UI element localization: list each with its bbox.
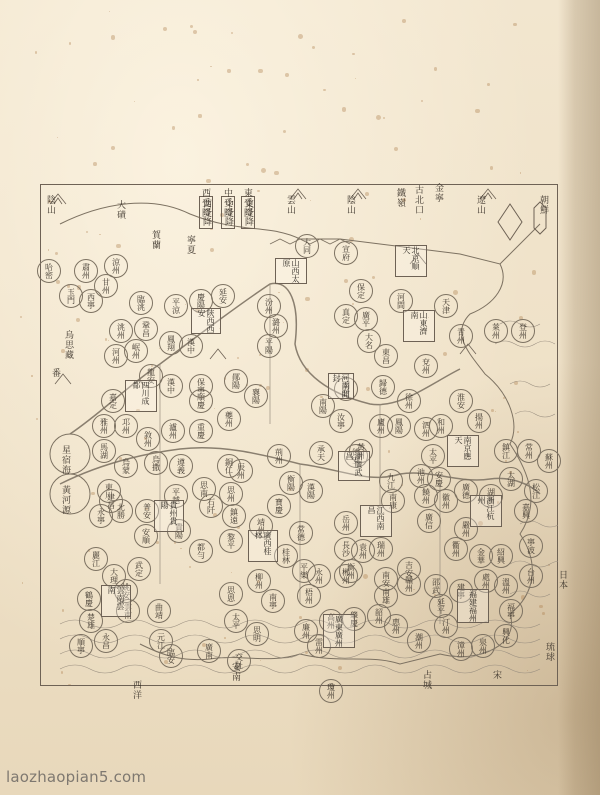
capital-label: 江西南昌 xyxy=(367,506,385,536)
coastal-label: 安南 xyxy=(230,662,240,682)
region-label: 重慶 xyxy=(197,423,206,439)
foxing-spot xyxy=(206,179,211,184)
region-label: 登州 xyxy=(519,323,528,339)
region-label: 肅州 xyxy=(82,263,91,279)
region-circle: 烏蒙 xyxy=(114,454,138,478)
region-label: 永寧 xyxy=(97,508,106,524)
region-circle: 順寧 xyxy=(69,634,93,658)
region-label: 衡陽 xyxy=(287,475,296,491)
coastal-label: 占城 xyxy=(421,670,431,690)
region-label: 曲靖 xyxy=(155,603,164,619)
region-label: 平樂 xyxy=(300,563,309,579)
region-label: 柳州 xyxy=(255,573,264,589)
region-circle: 思明 xyxy=(245,622,269,646)
region-circle: 青州 xyxy=(449,324,473,348)
coastal-label: 琉球 xyxy=(544,642,554,662)
region-label: 臨洮 xyxy=(137,295,146,311)
foxing-spot xyxy=(35,51,37,53)
region-circle: 揚州 xyxy=(467,409,491,433)
foxing-spot xyxy=(227,69,230,72)
region-label: 北勝 xyxy=(117,503,126,519)
region-circle: 鞏昌 xyxy=(134,317,158,341)
region-label: 平陽 xyxy=(265,338,274,354)
region-circle: 都勻 xyxy=(189,539,213,563)
region-label: 衢州 xyxy=(452,541,461,557)
region-label: 哈密 xyxy=(45,263,54,279)
foxing-spot xyxy=(421,100,423,102)
region-label: 安慶 xyxy=(435,471,444,487)
region-label: 瀘州 xyxy=(169,423,178,439)
region-circle: 延安 xyxy=(211,284,235,308)
capital-label: 浙江杭州 xyxy=(477,496,495,526)
region-label: 徽州 xyxy=(442,493,451,509)
foxing-spot xyxy=(475,109,479,113)
region-circle: 鎮遠 xyxy=(222,504,246,528)
region-circle: 汀州 xyxy=(434,614,458,638)
region-circle: 漳州 xyxy=(449,637,473,661)
region-circle: 敘州 xyxy=(136,427,160,451)
region-label: 太湖 xyxy=(507,471,516,487)
region-circle: 寧波 xyxy=(519,534,543,558)
region-circle: 廣平 xyxy=(354,307,378,331)
region-label: 玉門 xyxy=(67,288,76,304)
region-circle: 泉州 xyxy=(471,634,495,658)
region-label: 台州 xyxy=(527,568,536,584)
foxing-spot xyxy=(376,115,381,120)
region-label: 鶴慶 xyxy=(85,591,94,607)
region-label: 潞州 xyxy=(272,318,281,334)
foxing-spot xyxy=(274,171,279,176)
provincial-capital-box: 山東濟南 xyxy=(403,310,435,342)
coastal-label: 宋 xyxy=(491,670,501,680)
capital-label: 廣東廣州 xyxy=(335,615,344,647)
region-circle: 嘉定 xyxy=(101,389,125,413)
region-circle: 徐州 xyxy=(397,389,421,413)
region-label: 烏蒙 xyxy=(122,458,131,474)
watermark-text: laozhaopian5.com xyxy=(6,768,146,786)
region-circle: 漢中 xyxy=(179,334,203,358)
provincial-capital-box: 山西太原 xyxy=(275,258,307,284)
region-label: 潮州 xyxy=(415,633,424,649)
region-circle: 肅州 xyxy=(74,259,98,283)
region-label: 承天 xyxy=(317,445,326,461)
region-label: 襄陽 xyxy=(252,388,261,404)
region-label: 武定 xyxy=(135,561,144,577)
foxing-spot xyxy=(298,34,303,39)
region-circle: 郴州 xyxy=(334,564,358,588)
region-label: 漢陽 xyxy=(307,483,316,499)
region-circle: 大同 xyxy=(295,234,319,258)
region-label: 保定 xyxy=(357,283,366,299)
region-label: 袁州 xyxy=(359,543,368,559)
region-circle: 興化 xyxy=(494,624,518,648)
region-circle: 保寧 xyxy=(189,374,213,398)
region-label: 萊州 xyxy=(492,323,501,339)
region-circle: 烏撒 xyxy=(144,451,168,475)
western-feature-label: 星宿海 xyxy=(60,445,70,475)
region-label: 興化 xyxy=(502,628,511,644)
region-label: 東昌 xyxy=(382,348,391,364)
region-circle: 太湖 xyxy=(499,467,523,491)
region-circle: 楚雄 xyxy=(79,609,103,633)
region-circle: 永昌 xyxy=(94,629,118,653)
region-label: 順寧 xyxy=(77,638,86,654)
region-label: 池州 xyxy=(417,468,426,484)
region-circle: 平涼 xyxy=(164,294,188,318)
region-label: 福寧 xyxy=(507,603,516,619)
capital-label: 四川成都 xyxy=(132,381,150,411)
region-label: 松江 xyxy=(532,483,541,499)
region-label: 岷州 xyxy=(132,343,141,359)
region-label: 嘉興 xyxy=(522,503,531,519)
region-label: 遵義 xyxy=(177,458,186,474)
frontier-label: 中受降 xyxy=(222,188,232,218)
frontier-label: 鐵嶺 xyxy=(395,188,405,208)
coastal-label: 日本 xyxy=(557,570,567,590)
region-label: 常州 xyxy=(525,443,534,459)
region-circle: 思恩 xyxy=(219,582,243,606)
western-feature-label: 烏思藏 xyxy=(63,330,73,360)
region-label: 韶州 xyxy=(375,608,384,624)
region-circle: 保定 xyxy=(349,279,373,303)
region-label: 河州 xyxy=(112,348,121,364)
provincial-capital-box: 湖廣武昌 xyxy=(338,451,370,481)
region-label: 普安 xyxy=(143,503,152,519)
foxing-spot xyxy=(231,32,233,34)
region-circle: 台州 xyxy=(519,564,543,588)
region-circle: 襄陽 xyxy=(244,384,268,408)
region-label: 青州 xyxy=(457,328,466,344)
frontier-label: 遼山 xyxy=(475,195,485,215)
region-label: 夔州 xyxy=(225,411,234,427)
region-circle: 紹興 xyxy=(489,544,513,568)
region-label: 馬湖 xyxy=(100,443,109,459)
region-circle: 承天 xyxy=(309,441,333,465)
provincial-capital-box: 浙江杭州 xyxy=(470,495,502,527)
foxing-spot xyxy=(197,79,198,80)
region-circle: 瓊州 xyxy=(319,679,343,703)
capital-label: 南京應天 xyxy=(454,436,472,466)
region-label: 歸德 xyxy=(379,379,388,395)
region-label: 大同 xyxy=(303,238,312,254)
region-label: 梧州 xyxy=(305,588,314,604)
region-label: 汝寧 xyxy=(337,413,346,429)
region-label: 辰州 xyxy=(237,463,246,479)
region-circle: 廣信 xyxy=(417,509,441,533)
provincial-capital-box: 北京順天 xyxy=(395,245,427,277)
region-circle: 惠州 xyxy=(384,614,408,638)
region-label: 桂林 xyxy=(282,548,291,564)
region-label: 南陽 xyxy=(319,398,328,414)
region-circle: 武定 xyxy=(127,557,151,581)
region-circle: 溫州 xyxy=(494,574,518,598)
region-circle: 潮州 xyxy=(407,629,431,653)
region-label: 鎮江 xyxy=(502,443,511,459)
region-circle: 重慶 xyxy=(189,419,213,443)
foxing-spot xyxy=(193,30,197,34)
region-label: 邵武 xyxy=(432,578,441,594)
region-label: 敘州 xyxy=(144,431,153,447)
region-label: 徐州 xyxy=(405,393,414,409)
provincial-capital-box: 雲南雲南 xyxy=(101,585,131,617)
region-circle: 辰州 xyxy=(229,459,253,483)
region-label: 廣信 xyxy=(425,513,434,529)
frontier-label: 金寧 xyxy=(433,183,443,203)
region-circle: 平陽 xyxy=(257,334,281,358)
region-circle: 登州 xyxy=(511,319,535,343)
region-circle: 廉州 xyxy=(294,619,318,643)
region-circle: 臨洮 xyxy=(129,291,153,315)
region-label: 溫州 xyxy=(502,578,511,594)
region-circle: 鎮江 xyxy=(494,439,518,463)
region-label: 思恩 xyxy=(227,586,236,602)
region-circle: 廣南 xyxy=(197,639,221,663)
region-label: 長沙 xyxy=(342,541,351,557)
region-circle: 鄖陽 xyxy=(224,369,248,393)
region-label: 鎮遠 xyxy=(230,508,239,524)
region-label: 雅州 xyxy=(100,418,109,434)
capital-label: 陝西西安 xyxy=(197,309,215,333)
region-circle: 南寧 xyxy=(261,589,285,613)
region-circle: 衢州 xyxy=(444,537,468,561)
region-label: 真定 xyxy=(342,308,351,324)
capital-label: 山東濟南 xyxy=(410,311,428,341)
region-circle: 寶慶 xyxy=(267,494,291,518)
region-circle: 麗江 xyxy=(84,547,108,571)
region-label: 瑞州 xyxy=(377,541,386,557)
region-label: 郴州 xyxy=(342,568,351,584)
region-circle: 嘉興 xyxy=(514,499,538,523)
region-circle: 雅州 xyxy=(92,414,116,438)
region-label: 邛州 xyxy=(122,418,131,434)
region-label: 南寧 xyxy=(269,593,278,609)
region-label: 廣平 xyxy=(362,311,371,327)
western-feature-label: 番 xyxy=(50,368,60,378)
region-circle: 衡陽 xyxy=(279,471,303,495)
page-edge-shadow xyxy=(558,0,600,795)
capital-label: 雲南雲南 xyxy=(107,586,125,616)
region-label: 漢中 xyxy=(167,378,176,394)
region-circle: 漢中 xyxy=(159,374,183,398)
western-feature-label: 黃河源 xyxy=(60,485,70,515)
region-label: 揚州 xyxy=(475,413,484,429)
foxing-spot xyxy=(490,166,494,170)
region-circle: 淮安 xyxy=(449,389,473,413)
region-circle: 岷州 xyxy=(124,339,148,363)
foxing-spot xyxy=(285,73,289,77)
frontier-label: 東受降 xyxy=(242,188,252,218)
foxing-spot xyxy=(402,19,406,23)
region-label: 安順 xyxy=(142,528,151,544)
region-label: 南雄 xyxy=(382,588,391,604)
region-circle: 瀘州 xyxy=(161,419,185,443)
region-label: 饒州 xyxy=(422,488,431,504)
region-label: 嘉定 xyxy=(109,393,118,409)
provincial-capital-box: 福建福州 xyxy=(457,589,489,623)
region-circle: 廬州 xyxy=(369,414,393,438)
provincial-capital-box: 江西南昌 xyxy=(360,505,392,537)
region-circle: 瑞州 xyxy=(369,537,393,561)
region-circle: 東昌 xyxy=(374,344,398,368)
region-circle: 萊州 xyxy=(484,319,508,343)
frontier-label: 寧夏 xyxy=(185,235,195,255)
region-circle: 遵義 xyxy=(169,454,193,478)
region-circle: 贛州 xyxy=(397,572,421,596)
region-label: 平涼 xyxy=(172,298,181,314)
region-label: 麗江 xyxy=(92,551,101,567)
frontier-label: 大磧 xyxy=(115,200,125,220)
region-label: 河間 xyxy=(397,293,406,309)
foxing-spot xyxy=(355,78,356,79)
region-label: 九江 xyxy=(387,473,396,489)
region-label: 汀州 xyxy=(442,618,451,634)
region-label: 大名 xyxy=(365,333,374,349)
region-label: 寧波 xyxy=(527,538,536,554)
region-label: 漳州 xyxy=(457,641,466,657)
region-label: 太平 xyxy=(429,448,438,464)
region-label: 廣南 xyxy=(205,643,214,659)
provincial-capital-box: 四川成都 xyxy=(125,380,157,412)
frontier-label: 古北口 xyxy=(413,185,423,215)
region-label: 鳳翔 xyxy=(167,335,176,351)
region-label: 常德 xyxy=(297,525,306,541)
frontier-label: 賀蘭 xyxy=(150,230,160,250)
region-label: 思州 xyxy=(227,486,236,502)
region-label: 鳳陽 xyxy=(395,418,404,434)
provincial-capital-box: 貴州貴陽 xyxy=(154,500,184,532)
region-label: 金華 xyxy=(477,548,486,564)
provincial-capital-box: 河南開封 xyxy=(328,373,354,399)
region-label: 烏撒 xyxy=(152,455,161,471)
region-circle: 蘇州 xyxy=(537,449,561,473)
capital-label: 湖廣武昌 xyxy=(345,452,363,480)
region-circle: 邛州 xyxy=(114,414,138,438)
region-label: 漢中 xyxy=(187,338,196,354)
region-circle: 天津 xyxy=(434,294,458,318)
region-label: 天津 xyxy=(442,298,451,314)
foxing-spot xyxy=(210,66,211,67)
frontier-label: 陰山 xyxy=(45,195,55,215)
region-label: 廉州 xyxy=(302,623,311,639)
region-label: 汾州 xyxy=(265,298,274,314)
frontier-label: 陰山 xyxy=(345,195,355,215)
region-label: 荊州 xyxy=(275,448,284,464)
foxing-spot xyxy=(190,25,193,28)
region-label: 黎平 xyxy=(227,533,236,549)
region-circle: 哈密 xyxy=(37,259,61,283)
capital-label: 福建福州 xyxy=(469,590,478,622)
provincial-capital-box: 廣西桂林 xyxy=(248,530,278,562)
region-circle: 馬湖 xyxy=(92,439,116,463)
foxing-spot xyxy=(198,114,201,117)
foxing-spot xyxy=(261,168,266,173)
region-label: 處州 xyxy=(482,573,491,589)
foxing-spot xyxy=(258,69,262,73)
frontier-label: 雲山 xyxy=(285,195,295,215)
provincial-capital-box: 廣東廣州 xyxy=(323,614,355,648)
region-label: 惠州 xyxy=(392,618,401,634)
region-label: 西寧 xyxy=(87,293,96,309)
region-label: 瓊州 xyxy=(327,683,336,699)
capital-label: 山西太原 xyxy=(282,259,300,283)
region-label: 鞏昌 xyxy=(142,321,151,337)
region-circle: 北勝 xyxy=(109,499,133,523)
region-label: 延平 xyxy=(437,598,446,614)
region-label: 贛州 xyxy=(405,576,414,592)
capital-label: 北京順天 xyxy=(402,246,420,276)
capital-label: 河南開封 xyxy=(332,374,350,398)
frontier-label: 西受降 xyxy=(200,188,210,218)
capital-label: 貴州貴陽 xyxy=(160,501,178,531)
region-label: 泉州 xyxy=(479,638,488,654)
capital-label: 廣西桂林 xyxy=(254,531,272,561)
region-label: 岳州 xyxy=(342,515,351,531)
foxing-spot xyxy=(434,67,438,71)
region-circle: 玉門 xyxy=(59,284,83,308)
region-circle: 梧州 xyxy=(297,584,321,608)
region-label: 寶慶 xyxy=(275,498,284,514)
region-circle: 永寧 xyxy=(89,504,113,528)
region-circle: 夔州 xyxy=(217,407,241,431)
region-label: 思明 xyxy=(253,626,262,642)
foxing-spot xyxy=(352,53,354,55)
region-label: 永昌 xyxy=(102,633,111,649)
region-label: 石阡 xyxy=(207,498,216,514)
region-label: 鄖陽 xyxy=(232,373,241,389)
region-label: 慶陽 xyxy=(197,293,206,309)
region-circle: 歸德 xyxy=(371,375,395,399)
region-label: 兗州 xyxy=(422,358,431,374)
region-circle: 鶴慶 xyxy=(77,587,101,611)
region-label: 太平 xyxy=(232,613,241,629)
foxing-spot xyxy=(513,23,516,26)
region-circle: 元江 xyxy=(149,629,173,653)
region-circle: 思州 xyxy=(219,482,243,506)
region-label: 涼州 xyxy=(112,258,121,274)
foxing-spot xyxy=(111,146,115,150)
foxing-spot xyxy=(93,162,97,166)
foxing-spot xyxy=(31,375,32,376)
region-label: 淮安 xyxy=(457,393,466,409)
region-label: 蘇州 xyxy=(545,453,554,469)
region-label: 元江 xyxy=(157,633,166,649)
region-label: 保寧 xyxy=(197,378,206,394)
provincial-capital-box: 陝西西安 xyxy=(191,308,221,334)
coastal-label: 朝鮮 xyxy=(538,195,548,215)
region-circle: 曲靖 xyxy=(147,599,171,623)
region-circle: 太平 xyxy=(224,609,248,633)
region-circle: 荊州 xyxy=(267,444,291,468)
foxing-spot xyxy=(172,126,176,130)
region-circle: 宣府 xyxy=(334,241,358,265)
region-label: 紹興 xyxy=(497,548,506,564)
region-label: 和州 xyxy=(437,418,446,434)
region-label: 宣府 xyxy=(342,245,351,261)
region-label: 洮州 xyxy=(117,323,126,339)
region-circle: 洮州 xyxy=(109,319,133,343)
region-label: 甘州 xyxy=(102,278,111,294)
region-label: 楚雄 xyxy=(87,613,96,629)
region-circle: 常德 xyxy=(289,521,313,545)
region-circle: 福寧 xyxy=(499,599,523,623)
region-circle: 岳州 xyxy=(334,511,358,535)
coastal-label: 西洋 xyxy=(131,680,141,700)
region-label: 廬州 xyxy=(377,418,386,434)
region-circle: 兗州 xyxy=(414,354,438,378)
region-label: 延安 xyxy=(219,288,228,304)
region-circle: 黎平 xyxy=(219,529,243,553)
provincial-capital-box: 南京應天 xyxy=(447,435,479,467)
